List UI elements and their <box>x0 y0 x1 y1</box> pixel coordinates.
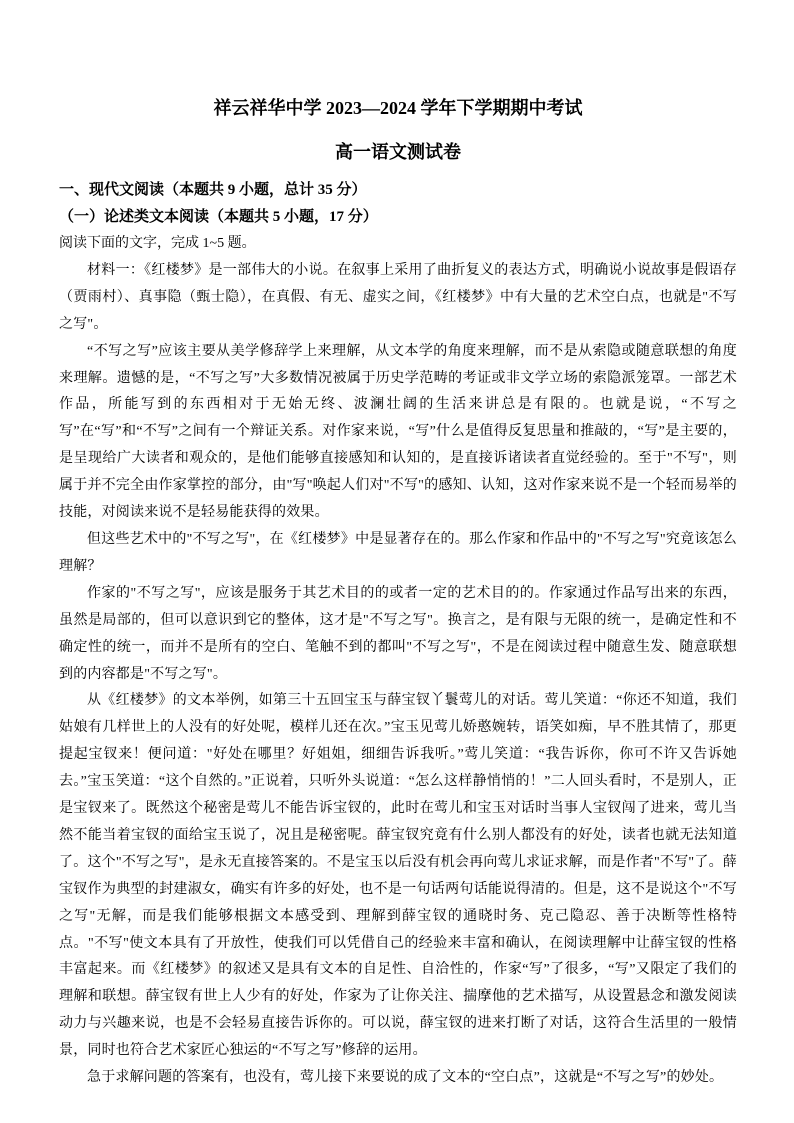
passage-paragraph-6: 急于求解问题的答案有，也没有，莺儿接下来要说的成了文本的“空白点”，这就是“不写… <box>59 1065 737 1092</box>
passage-paragraph-2: “不写之写”应该主要从美学修辞学上来理解，从文本学的角度来理解，而不是从索隐或随… <box>59 339 737 527</box>
document-header: 祥云祥华中学 2023—2024 学年下学期期中考试 高一语文测试卷 <box>59 96 737 165</box>
document-title: 祥云祥华中学 2023—2024 学年下学期期中考试 <box>59 96 737 121</box>
passage-paragraph-1: 材料一：《红楼梦》是一部伟大的小说。在叙事上采用了曲折复义的表达方式，明确说小说… <box>59 258 737 339</box>
subsection-heading-argumentative-reading: （一）论述类文本阅读（本题共 5 小题，17 分） <box>59 204 737 231</box>
document-subtitle: 高一语文测试卷 <box>59 140 737 165</box>
exam-content: 一、现代文阅读（本题共 9 小题，总计 35 分） （一）论述类文本阅读（本题共… <box>59 177 737 1092</box>
reading-instruction: 阅读下面的文字，完成 1~5 题。 <box>59 231 737 258</box>
passage-paragraph-4: 作家的"不写之写"，应该是服务于其艺术目的的或者一定的艺术目的的。作家通过作品写… <box>59 581 737 689</box>
passage-paragraph-5: 从《红楼梦》的文本举例，如第三十五回宝玉与薛宝钗丫鬟莺儿的对话。莺儿笑道：“你还… <box>59 688 737 1065</box>
section-heading-modern-reading: 一、现代文阅读（本题共 9 小题，总计 35 分） <box>59 177 737 204</box>
passage-paragraph-3: 但这些艺术中的"不写之写"，在《红楼梦》中是显著存在的。那么作家和作品中的"不写… <box>59 527 737 581</box>
exam-document-page: 祥云祥华中学 2023—2024 学年下学期期中考试 高一语文测试卷 一、现代文… <box>0 0 794 1123</box>
